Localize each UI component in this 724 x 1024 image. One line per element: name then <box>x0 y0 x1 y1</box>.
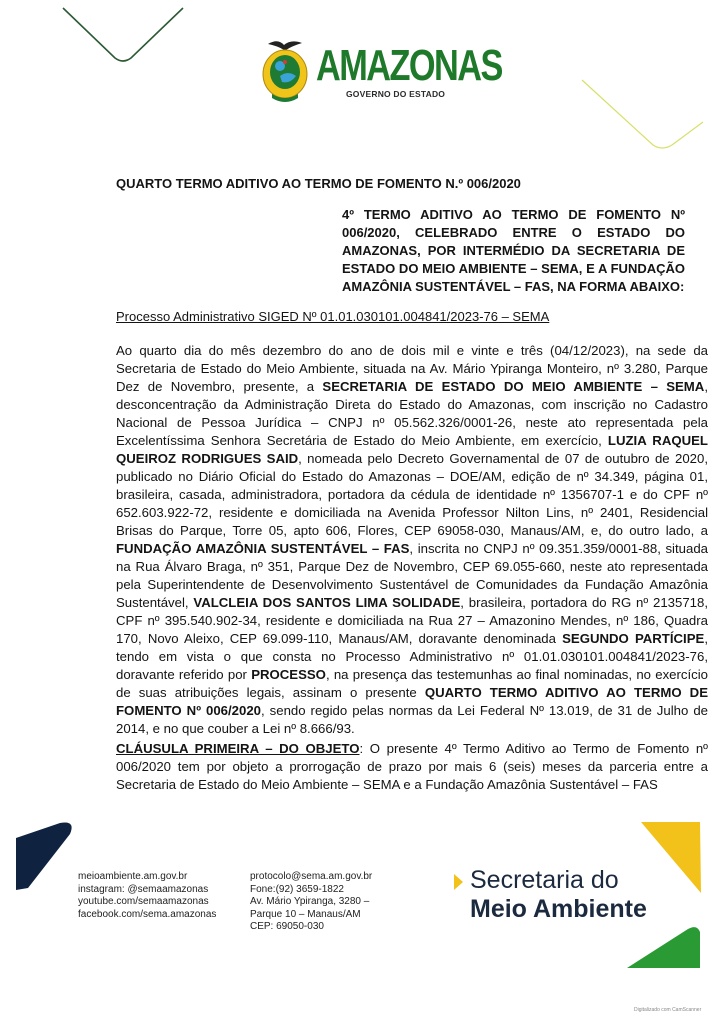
document-title: QUARTO TERMO ADITIVO AO TERMO DE FOMENTO… <box>116 175 708 193</box>
processo-reference: Processo Administrativo SIGED Nº 01.01.0… <box>116 308 708 326</box>
footer-youtube-link[interactable]: youtube.com/semaamazonas <box>78 896 216 909</box>
footer-social-links: meioambiente.am.gov.br instagram: @semaa… <box>78 871 216 921</box>
document-ementa: 4º TERMO ADITIVO AO TERMO DE FOMENTO Nº … <box>342 206 685 296</box>
brand-wordmark: AMAZONAS <box>316 44 502 88</box>
sema-logo-line1: Secretaria do <box>452 866 647 894</box>
amazonas-logo: AMAZONAS GOVERNO DO ESTADO <box>258 36 468 106</box>
footer-facebook-link[interactable]: facebook.com/sema.amazonas <box>78 909 216 922</box>
footer-website-link[interactable]: meioambiente.am.gov.br <box>78 871 216 884</box>
bold-segment: VALCLEIA DOS SANTOS LIMA SOLIDADE <box>193 595 460 610</box>
footer-phone: Fone:(92) 3659-1822 <box>250 884 372 897</box>
footer-address-2: Parque 10 – Manaus/AM <box>250 909 372 922</box>
bold-segment: FUNDAÇÃO AMAZÔNIA SUSTENTÁVEL – FAS <box>116 541 409 556</box>
footer-contact: protocolo@sema.am.gov.br Fone:(92) 3659-… <box>250 871 372 934</box>
bold-segment: SEGUNDO PARTÍCIPE <box>562 631 704 646</box>
preamble-paragraph: Ao quarto dia do mês dezembro do ano de … <box>116 342 708 738</box>
bold-segment: PROCESSO <box>251 667 326 682</box>
clausula-heading: CLÁUSULA PRIMEIRA – DO OBJETO <box>116 741 360 756</box>
footer-instagram-link[interactable]: instagram: @semaamazonas <box>78 884 216 897</box>
sema-logo-line2: Meio Ambiente <box>452 894 647 924</box>
brand-subtitle: GOVERNO DO ESTADO <box>346 89 445 99</box>
footer-cep: CEP: 69050-030 <box>250 921 372 934</box>
sema-logo: Secretaria do Meio Ambiente <box>452 866 647 924</box>
scanner-watermark: Digitalizado com CamScanner <box>634 1007 701 1013</box>
coat-of-arms-icon <box>258 36 312 106</box>
clausula-primeira: CLÁUSULA PRIMEIRA – DO OBJETO: O present… <box>116 740 708 794</box>
footer-email-link[interactable]: protocolo@sema.am.gov.br <box>250 871 372 884</box>
bold-segment: SECRETARIA DE ESTADO DO MEIO AMBIENTE – … <box>322 379 704 394</box>
footer-address-1: Av. Mário Ypiranga, 3280 – <box>250 896 372 909</box>
play-triangle-icon <box>454 874 463 890</box>
